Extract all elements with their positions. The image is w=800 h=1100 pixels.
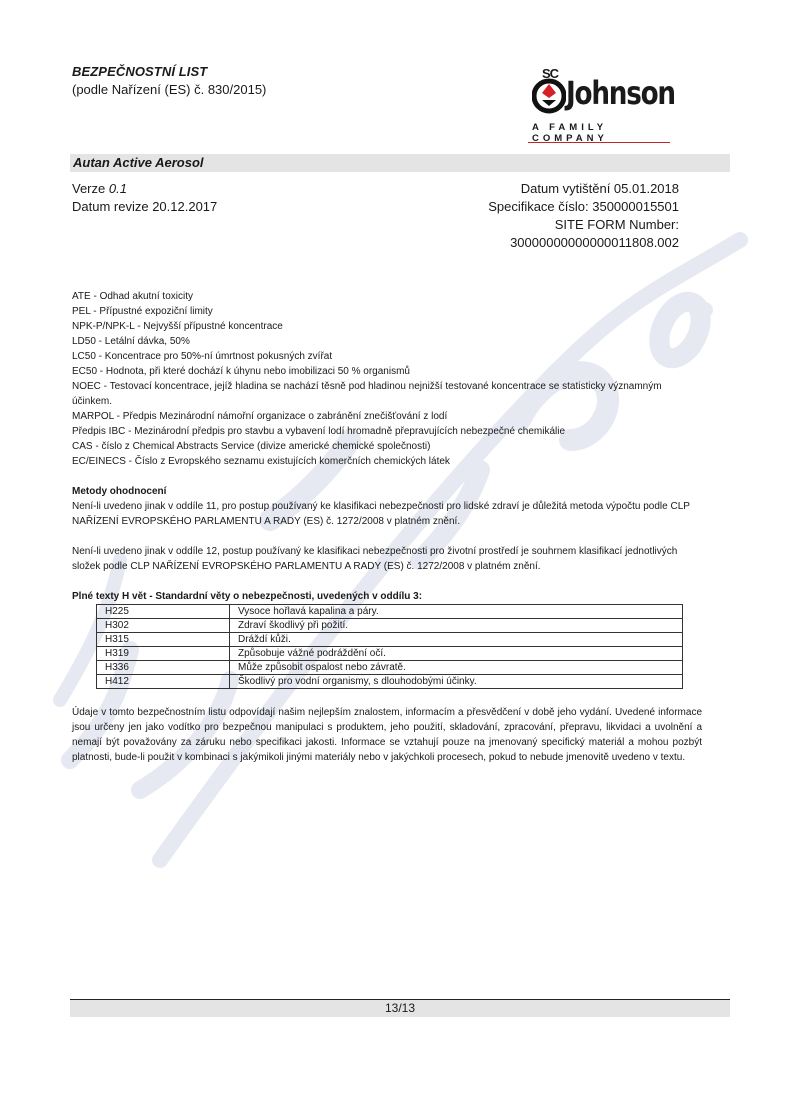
product-name: Autan Active Aerosol <box>73 155 204 170</box>
abbreviation-item: CAS - číslo z Chemical Abstracts Service… <box>72 439 702 454</box>
h-code: H412 <box>97 675 230 689</box>
meta-right: Datum vytištění 05.01.2018 Specifikace č… <box>488 180 679 252</box>
abbreviation-item: Předpis IBC - Mezinárodní předpis pro st… <box>72 424 702 439</box>
table-row: H302Zdraví škodlivý při požití. <box>97 619 683 633</box>
h-code: H302 <box>97 619 230 633</box>
h-code: H225 <box>97 605 230 619</box>
disclaimer-paragraph: Údaje v tomto bezpečnostním listu odpoví… <box>72 705 702 765</box>
abbreviation-item: MARPOL - Předpis Mezinárodní námořní org… <box>72 409 702 424</box>
abbreviation-item: LC50 - Koncentrace pro 50%-ní úmrtnost p… <box>72 349 702 364</box>
table-row: H225Vysoce hořlavá kapalina a páry. <box>97 605 683 619</box>
document-title: BEZPEČNOSTNÍ LIST <box>72 64 207 79</box>
h-text: Dráždí kůži. <box>230 633 683 647</box>
version: Verze 0.1 <box>72 180 217 198</box>
table-row: H319Způsobuje vážné podráždění očí. <box>97 647 683 661</box>
h-statements-heading: Plné texty H vět - Standardní věty o neb… <box>72 589 702 604</box>
h-text: Zdraví škodlivý při požití. <box>230 619 683 633</box>
table-row: H315Dráždí kůži. <box>97 633 683 647</box>
product-name-bar: Autan Active Aerosol <box>70 154 730 172</box>
abbreviation-item: PEL - Přípustné expoziční limity <box>72 304 702 319</box>
logo-underline <box>528 142 670 143</box>
h-code: H319 <box>97 647 230 661</box>
document-body: ATE - Odhad akutní toxicity PEL - Přípus… <box>72 289 702 765</box>
document-subtitle: (podle Nařízení (ES) č. 830/2015) <box>72 82 266 97</box>
abbreviation-item: NPK-P/NPK-L - Nejvyšší přípustné koncent… <box>72 319 702 334</box>
abbreviation-list: ATE - Odhad akutní toxicity PEL - Přípus… <box>72 289 702 469</box>
page-footer: 13/13 <box>70 1000 730 1017</box>
logo-sc: SC <box>542 66 558 81</box>
sc-johnson-logo: SC Johnson A FAMILY COMPANY <box>528 60 678 140</box>
h-text: Způsobuje vážné podráždění očí. <box>230 647 683 661</box>
abbreviation-item: ATE - Odhad akutní toxicity <box>72 289 702 304</box>
h-statements-table: H225Vysoce hořlavá kapalina a páry. H302… <box>96 604 683 689</box>
logo-tagline: A FAMILY COMPANY <box>532 122 678 144</box>
table-row: H412Škodlivý pro vodní organismy, s dlou… <box>97 675 683 689</box>
print-date: Datum vytištění 05.01.2018 <box>488 180 679 198</box>
h-code: H336 <box>97 661 230 675</box>
h-text: Může způsobit ospalost nebo závratě. <box>230 661 683 675</box>
crest-icon <box>532 76 566 116</box>
methods-paragraph: Není-li uvedeno jinak v oddíle 12, postu… <box>72 544 702 574</box>
abbreviation-item: EC50 - Hodnota, při které dochází k úhyn… <box>72 364 702 379</box>
logo-wordmark: Johnson <box>566 74 675 112</box>
h-text: Škodlivý pro vodní organismy, s dlouhodo… <box>230 675 683 689</box>
abbreviation-item: EC/EINECS - Číslo z Evropského seznamu e… <box>72 454 702 469</box>
version-value: 0.1 <box>109 181 127 196</box>
meta-left: Verze 0.1 Datum revize 20.12.2017 <box>72 180 217 216</box>
abbreviation-item: NOEC - Testovací koncentrace, jejíž hlad… <box>72 379 702 409</box>
methods-paragraph: Není-li uvedeno jinak v oddíle 11, pro p… <box>72 499 702 529</box>
h-code: H315 <box>97 633 230 647</box>
h-text: Vysoce hořlavá kapalina a páry. <box>230 605 683 619</box>
methods-heading: Metody ohodnocení <box>72 484 702 499</box>
abbreviation-item: LD50 - Letální dávka, 50% <box>72 334 702 349</box>
page-number: 13/13 <box>385 1001 415 1015</box>
spec-number: Specifikace číslo: 350000015501 <box>488 198 679 216</box>
site-form-label: SITE FORM Number: <box>488 216 679 234</box>
table-row: H336Může způsobit ospalost nebo závratě. <box>97 661 683 675</box>
revision-date: Datum revize 20.12.2017 <box>72 198 217 216</box>
site-form-value: 30000000000000011808.002 <box>488 234 679 252</box>
